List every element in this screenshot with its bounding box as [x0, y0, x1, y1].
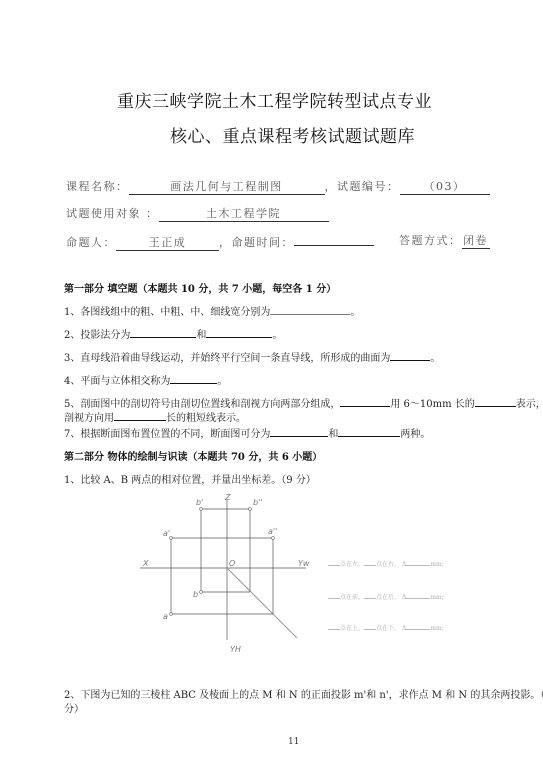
question-2-2-line2: 分）: [64, 700, 84, 715]
unit-text: mm;: [430, 594, 443, 601]
point-a-side: [272, 537, 275, 540]
label-yh: YH: [230, 645, 241, 654]
answer-blank: [406, 624, 430, 630]
point-a-top: [170, 613, 173, 616]
answer-text: 点在前，: [340, 594, 364, 601]
unit-text: mm;: [430, 561, 443, 568]
answer-row-lr: 点在左，点在右， Δmm;: [328, 559, 444, 568]
answer-blank: [364, 624, 376, 630]
page-number: 11: [288, 737, 299, 747]
answer-blank: [364, 560, 376, 566]
label-o: O: [229, 559, 235, 568]
projection-diagram: Z X O Yw YH b' b'' a' a'' b a: [0, 0, 543, 768]
answer-blank: [328, 624, 340, 630]
answer-text: 点在右，: [376, 561, 400, 568]
label-yw: Yw: [298, 559, 310, 568]
label-z: Z: [224, 493, 231, 502]
point-b-top: [200, 591, 203, 594]
label-x: X: [142, 559, 149, 568]
label-b-top: b: [193, 590, 198, 599]
unit-text: mm;: [430, 625, 443, 632]
label-a-front: a': [163, 529, 170, 538]
diagonal-45-line: [227, 568, 297, 638]
answer-text: 点在后，: [376, 594, 400, 601]
answer-blank: [328, 560, 340, 566]
answer-row-fb: 点在前，点在后， Δmm;: [328, 592, 444, 601]
answer-text: 点在上，: [340, 625, 364, 632]
answer-row-ud: 点在上，点在下， Δmm;: [328, 623, 444, 632]
label-a-top: a: [163, 612, 168, 621]
question-2-2-line1: 2、下图为已知的三棱柱 ABC 及棱面上的点 M 和 N 的正面投影 m'和 n…: [64, 686, 543, 701]
point-b-side: [249, 508, 252, 511]
answer-blank: [406, 560, 430, 566]
answer-blank: [364, 593, 376, 599]
answer-text: 点在下，: [376, 625, 400, 632]
point-b-front: [200, 508, 203, 511]
label-b-side: b'': [253, 498, 262, 507]
answer-blank: [328, 593, 340, 599]
label-a-side: a'': [268, 527, 277, 536]
answer-blank: [406, 593, 430, 599]
label-b-front: b': [196, 498, 203, 507]
answer-text: 点在左，: [340, 561, 364, 568]
